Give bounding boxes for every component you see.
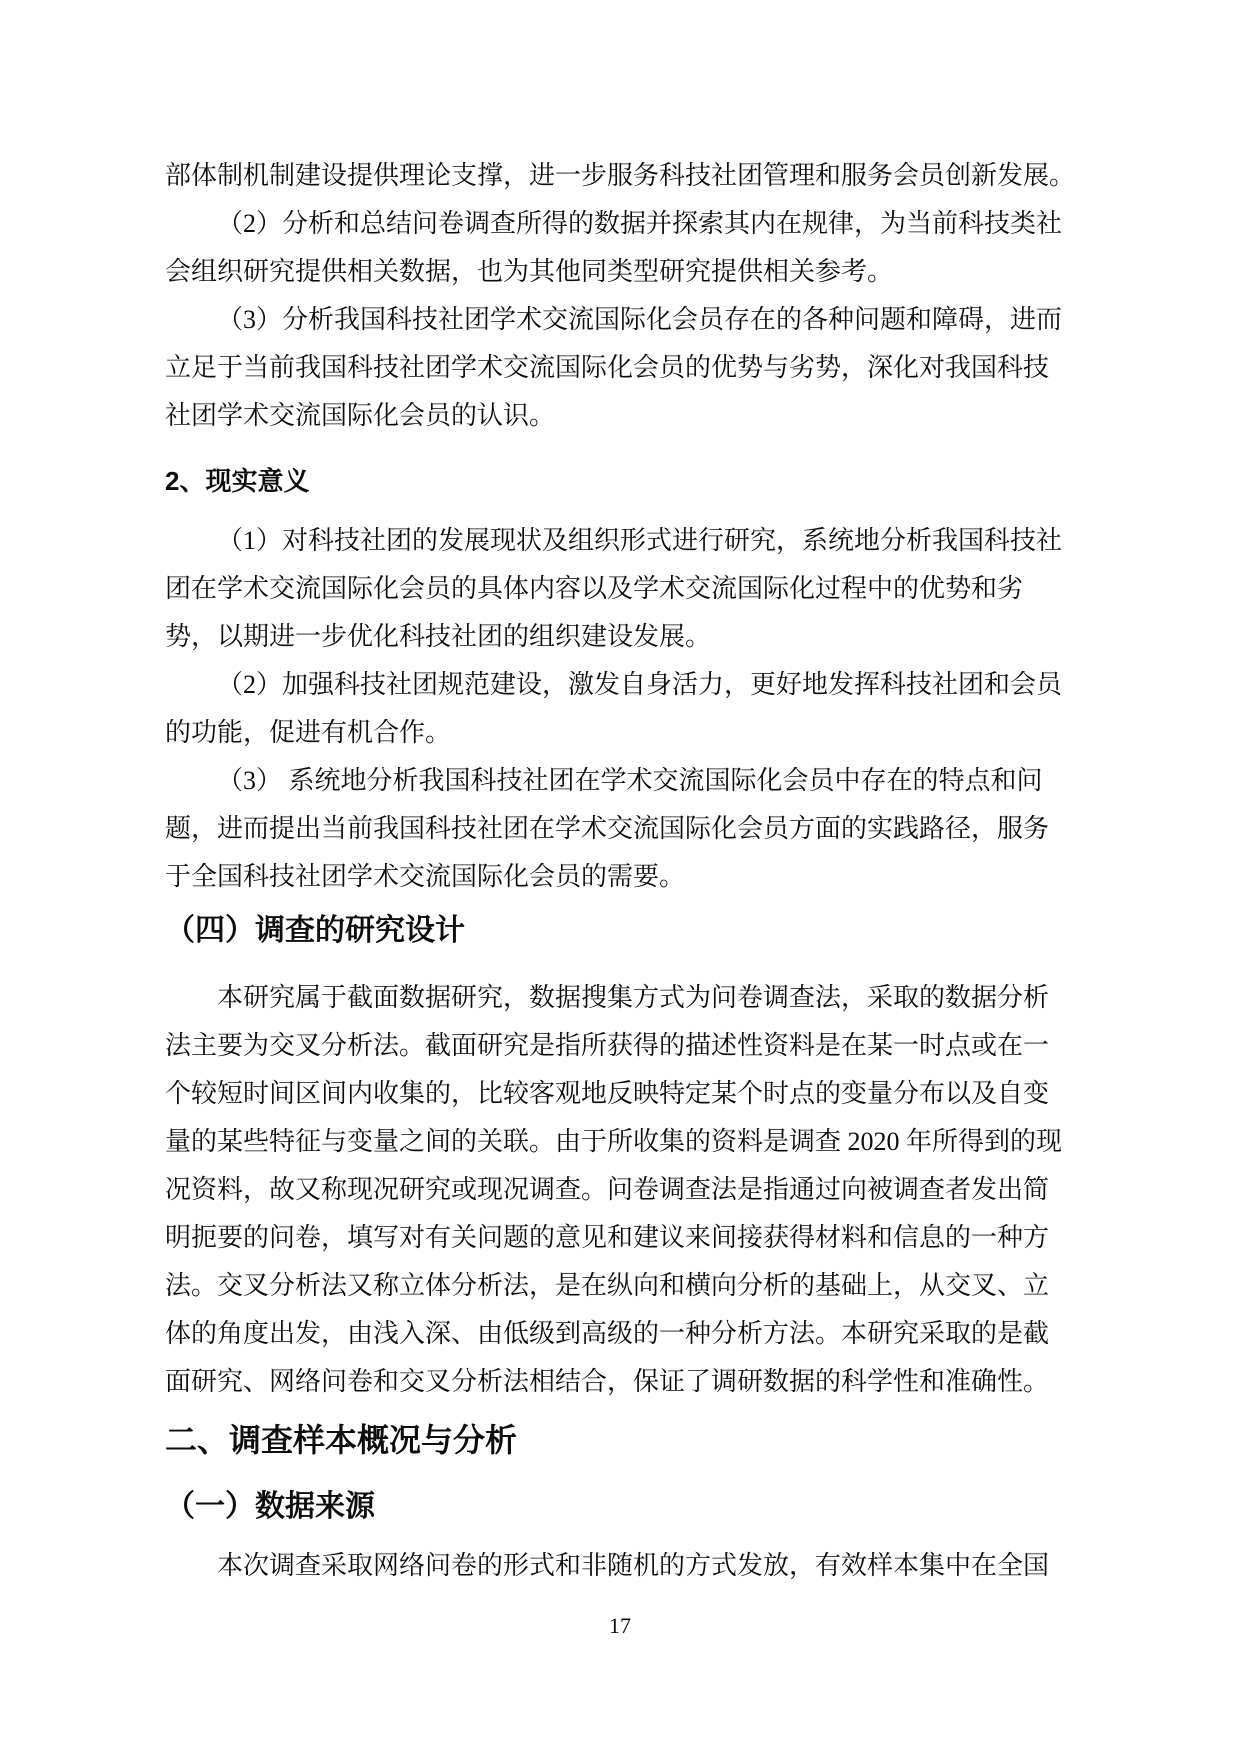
paragraph-objective-3: （3）分析我国科技社团学术交流国际化会员存在的各种问题和障碍，进而 立足于当前我… — [165, 296, 1077, 440]
paragraph-significance-3: （3） 系统地分析我国科技社团在学术交流国际化会员中存在的特点和问 题，进而提出… — [165, 757, 1077, 901]
document-page: 部体制机制建设提供理论支撑，进一步服务科技社团管理和服务会员创新发展。 （2）分… — [0, 0, 1240, 1753]
document-content: 部体制机制建设提供理论支撑，进一步服务科技社团管理和服务会员创新发展。 （2）分… — [165, 152, 1077, 1590]
paragraph-research-design: 本研究属于截面数据研究，数据搜集方式为问卷调查法，采取的数据分析 法主要为交叉分… — [165, 974, 1077, 1406]
paragraph-significance-2: （2）加强科技社团规范建设，激发自身活力，更好地发挥科技社团和会员 的功能，促进… — [165, 661, 1077, 757]
paragraph-carryover: 部体制机制建设提供理论支撑，进一步服务科技社团管理和服务会员创新发展。 — [165, 152, 1077, 200]
paragraph-objective-2: （2）分析和总结问卷调查所得的数据并探索其内在规律，为当前科技类社 会组织研究提… — [165, 200, 1077, 296]
page-number: 17 — [0, 1612, 1240, 1640]
heading-research-design: （四）调查的研究设计 — [165, 905, 1077, 957]
paragraph-significance-1: （1）对科技社团的发展现状及组织形式进行研究，系统地分析我国科技社 团在学术交流… — [165, 517, 1077, 661]
heading-data-source: （一）数据来源 — [165, 1481, 1077, 1533]
heading-practical-significance: 2、现实意义 — [165, 457, 1077, 505]
heading-chapter-2-sample-overview: 二、调查样本概况与分析 — [165, 1413, 1077, 1467]
paragraph-data-source: 本次调查采取网络问卷的形式和非随机的方式发放，有效样本集中在全国 — [165, 1542, 1077, 1590]
